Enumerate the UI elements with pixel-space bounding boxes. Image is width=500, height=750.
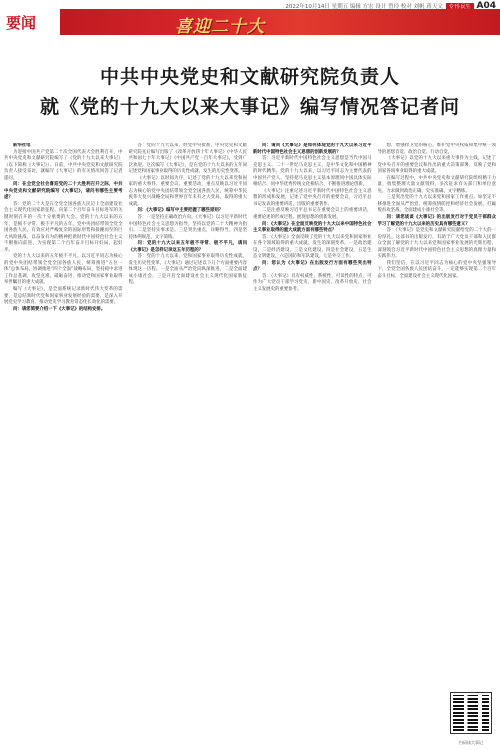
answer-paragraph: 想，增强捍卫党的核心、维护党中央权威和集中统一领导的思想自觉、政治自觉、行动自觉… (378, 143, 497, 156)
question-paragraph: 问：在全党全社会喜迎党的二十大胜利召开之际，中共中央党史和文献研究院编写《大事记… (4, 182, 123, 202)
answer-paragraph: 在编写过程中，中共中央党史和文献研究院组织精干力量，收集整理大量文献资料，多次征… (378, 176, 497, 196)
headline-line-1: 中共中央党史和文献研究院负责人 (0, 62, 500, 92)
question-paragraph: 问：您认为《大事记》在出版发行方面有哪些突出特点？ (253, 261, 372, 274)
answer-paragraph: 答：党的十九大以来，党和国家事业取得历史性成就、发生历史性变革。《大事记》通过记… (129, 254, 248, 287)
answer-paragraph: 为迎接中国共产党第二十次全国代表大会胜利召开，中共中央党史和文献研究院编写了《党… (4, 150, 123, 183)
article-column-1: 新华社电为迎接中国共产党第二十次全国代表大会胜利召开，中共中央党史和文献研究院编… (4, 143, 123, 748)
section-label: 要闻 (6, 12, 36, 33)
answer-paragraph: 答：一是坚持正确政治方向。《大事记》以习近平新时代中国特色社会主义思想为指导，坚… (129, 215, 248, 241)
answer-paragraph: 党的十九大以来的五年极不平凡。以习近平同志为核心的党中央团结带领全党全国各族人民… (4, 254, 123, 287)
answer-paragraph: 答：习近平新时代中国特色社会主义思想是当代中国马克思主义、二十一世纪马克思主义，… (253, 156, 372, 189)
article-body: 新华社电为迎接中国共产党第二十次全国代表大会胜利召开，中共中央党史和文献研究院编… (4, 143, 496, 748)
question-paragraph: 问：党的十九大以来五年极不寻常、极不平凡，请问《大事记》是怎样记录这五年历程的？ (129, 241, 248, 254)
qr-code-icon (450, 692, 492, 734)
answer-paragraph: 我们坚信，在以习近平同志为核心的党中央坚强领导下，全党全国各族人民团结奋斗，一定… (378, 261, 497, 281)
headline: 中共中央党史和文献研究院负责人 就《党的十九大以来大事记》编写情况答记者问 (0, 62, 500, 122)
qr-label: 扫码读大事记 (446, 740, 496, 746)
question-paragraph: 问：请您谈谈《大事记》的出版发行对于党员干部群众学习了解党的十九大以来的历史具有… (378, 215, 497, 228)
banner-title: 喜迎二十大 (175, 12, 265, 37)
answer-paragraph: 答：《大事记》全面反映了党的十九大以来党和国家事业在各个领域取得的重大成就、发生… (253, 235, 372, 261)
answer-paragraph: 三是突出党的十九大以来党和国家工作重点。如坚定不移推进全面从严治党、统筹疫情防控… (378, 195, 497, 215)
answer-paragraph: 答：党的二十大是在全党全国各族人民迈上全面建设社会主义现代化国家新征程、向第二个… (4, 202, 123, 254)
question-paragraph: 问：请您简要介绍一下《大事记》的结构安排。 (4, 307, 123, 314)
article-column-2: 答：党的十九大以来，经党中央批准，中央党史和文献研究院先后编写出版了《改革开放四… (129, 143, 248, 748)
article-column-3: 问：请问《大事记》是如何体现党的十九大以来习近平新时代中国特色社会主义思想的创新… (253, 143, 372, 748)
answer-paragraph: 答：党的十九大以来，经党中央批准，中央党史和文献研究院先后编写出版了《改革开放四… (129, 143, 248, 176)
question-paragraph: 问：请问《大事记》是如何体现党的十九大以来习近平新时代中国特色社会主义思想的创新… (253, 143, 372, 156)
answer-paragraph: 二是注重反映习近平总书记在重要会议上的重要讲话，重要论述的形成过程，展现思想的创… (253, 208, 372, 221)
answer-paragraph: 编写《大事记》，是全面系统记录新时代伟大变革的需要，是总结新时代党和国家事业发展… (4, 287, 123, 307)
question-paragraph: 问：《大事记》在全面反映党的十九大以来中国特色社会主义事业取得的重大成就方面有哪… (253, 222, 372, 235)
qr-code-block[interactable]: 扫码读大事记 (446, 690, 496, 746)
section-tab: 要闻 (0, 9, 60, 35)
answer-paragraph: 《大事记》以党的十九大以来重大事件为主线，记述了党中央召开的重要会议和作出的重大… (378, 156, 497, 176)
section-banner: 要闻 喜迎二十大 (0, 9, 500, 35)
answer-paragraph: 《大事记》注重记述习近平新时代中国特色社会主义思想的形成和发展，记述了党中央召开… (253, 189, 372, 209)
headline-line-2: 就《党的十九大以来大事记》编写情况答记者问 (0, 92, 500, 122)
article-column-4: 想，增强捍卫党的核心、维护党中央权威和集中统一领导的思想自觉、政治自觉、行动自觉… (378, 143, 497, 748)
answer-paragraph: 《大事记》以时间为序，记述了党的十九大以来党和国家的重大事件、重要会议、重要活动… (129, 176, 248, 209)
top-bar: 2022年10月14日 星期五 编辑 方宏 设计 曾玲 校对 刘帆 蒋天文 专刊… (0, 0, 500, 8)
answer-paragraph: 答：《大事记》具有权威性、系统性、可读性的特点，可作为广大党员干部学习党史、新中… (253, 274, 372, 294)
answer-paragraph: 答：《大事记》是党史和文献研究院献给党的二十大的一份厚礼。这部书的出版发行，有助… (378, 228, 497, 261)
